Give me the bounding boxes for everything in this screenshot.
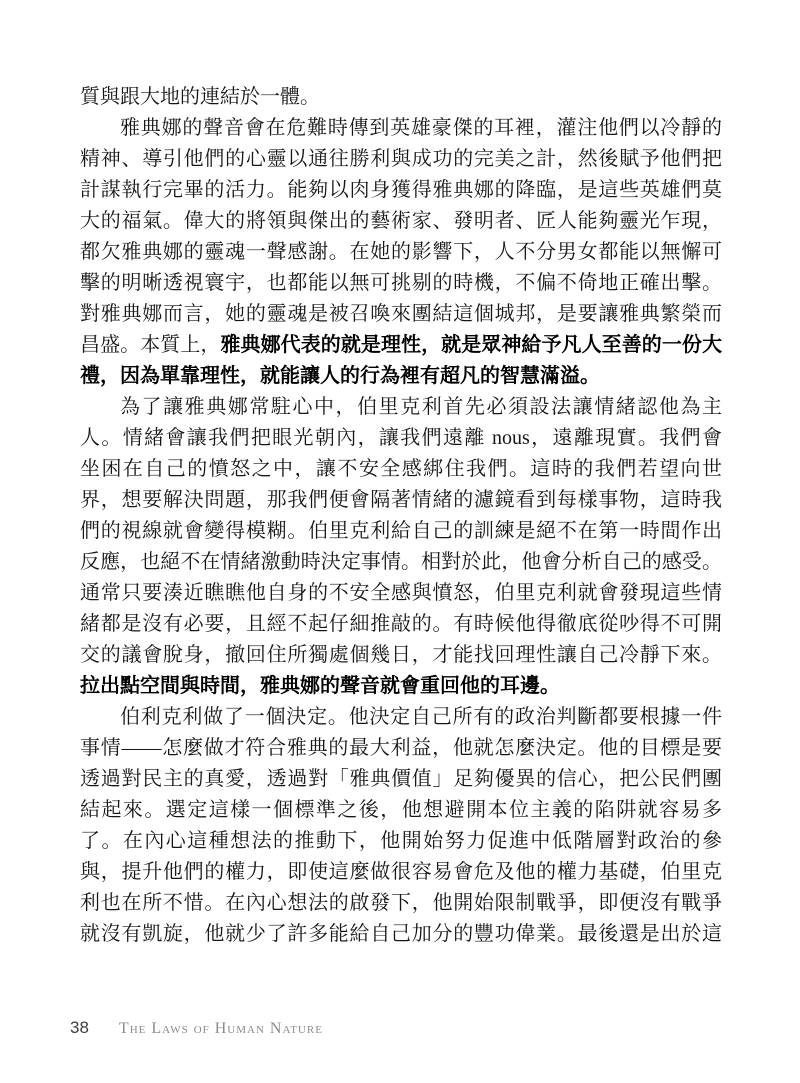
page-footer: 38 The Laws of Human Nature xyxy=(70,1018,323,1038)
text-line: 雅典娜的聲音會在危難時傳到英雄豪傑的耳裡，灌注他們以冷靜的 xyxy=(80,113,722,144)
body-text-segment: 事情——怎麼做才符合雅典的最大利益，他就怎麼決定。他的目標是要 xyxy=(80,737,722,759)
text-line: 昌盛。本質上，雅典娜代表的就是理性，就是眾神給予凡人至善的一份大 xyxy=(80,330,722,361)
body-text-segment: 精神、導引他們的心靈以通往勝利與成功的完美之計，然後賦予他們把 xyxy=(80,148,722,170)
text-line: 精神、導引他們的心靈以通往勝利與成功的完美之計，然後賦予他們把 xyxy=(80,144,722,175)
emphasis-text-segment: 拉出點空間與時間，雅典娜的聲音就會重回他的耳邊。 xyxy=(80,675,560,697)
text-line: 利也在所不惜。在內心想法的啟發下，他開始限制戰爭，即便沒有戰爭 xyxy=(80,888,722,919)
text-line: 們的視線就會變得模糊。伯里克利給自己的訓練是絕不在第一時間作出 xyxy=(80,516,722,547)
body-text-segment: 了。在內心這種想法的推動下，他開始努力促進中低階層對政治的參 xyxy=(80,830,722,852)
body-text-segment: 質與跟大地的連結於一體。 xyxy=(80,86,320,108)
body-text-segment: 伯利克利做了一個決定。他決定自己所有的政治判斷都要根據一件 xyxy=(120,706,722,728)
body-text-segment: 擊的明晰透視寰宇，也都能以無可挑剔的時機，不偏不倚地正確出擊。 xyxy=(80,272,722,294)
text-line: 就沒有凱旋，他就少了許多能給自己加分的豐功偉業。最後還是出於這 xyxy=(80,919,722,950)
book-page: 質與跟大地的連結於一體。雅典娜的聲音會在危難時傳到英雄豪傑的耳裡，灌注他們以冷靜… xyxy=(0,0,800,1083)
text-line: 界，想要解決問題，那我們便會隔著情緒的濾鏡看到每樣事物，這時我 xyxy=(80,485,722,516)
body-text-segment: 人。情緒會讓我們把眼光朝內，讓我們遠離 nous，遠離現實。我們會 xyxy=(80,427,722,449)
body-text: 質與跟大地的連結於一體。雅典娜的聲音會在危難時傳到英雄豪傑的耳裡，灌注他們以冷靜… xyxy=(80,82,722,950)
body-text-segment: 利也在所不惜。在內心想法的啟發下，他開始限制戰爭，即便沒有戰爭 xyxy=(80,892,722,914)
text-line: 透過對民主的真愛，透過對「雅典價值」足夠優異的信心，把公民們團 xyxy=(80,764,722,795)
body-text-segment: 緒都是沒有必要，且經不起仔細推敲的。有時候他得徹底從吵得不可開 xyxy=(80,613,722,635)
emphasis-text-segment: 雅典娜代表的就是理性，就是眾神給予凡人至善的一份大 xyxy=(220,334,722,356)
text-line: 通常只要湊近瞧瞧他自身的不安全感與憤怒，伯里克利就會發現這些情 xyxy=(80,578,722,609)
page-number: 38 xyxy=(70,1018,89,1038)
body-text-segment: 坐困在自己的憤怒之中，讓不安全感綁住我們。這時的我們若望向世 xyxy=(80,458,722,480)
text-line: 與，提升他們的權力，即使這麼做很容易會危及他的權力基礎，伯里克 xyxy=(80,857,722,888)
body-text-segment: 結起來。選定這樣一個標準之後，他想避開本位主義的陷阱就容易多 xyxy=(80,799,722,821)
text-line: 緒都是沒有必要，且經不起仔細推敲的。有時候他得徹底從吵得不可開 xyxy=(80,609,722,640)
text-line: 了。在內心這種想法的推動下，他開始努力促進中低階層對政治的參 xyxy=(80,826,722,857)
text-line: 拉出點空間與時間，雅典娜的聲音就會重回他的耳邊。 xyxy=(80,671,722,702)
text-line: 計謀執行完畢的活力。能夠以肉身獲得雅典娜的降臨，是這些英雄們莫 xyxy=(80,175,722,206)
text-line: 大的福氣。偉大的將領與傑出的藝術家、發明者、匠人能夠靈光乍現， xyxy=(80,206,722,237)
body-text-segment: 與，提升他們的權力，即使這麼做很容易會危及他的權力基礎，伯里克 xyxy=(80,861,722,883)
body-text-segment: 界，想要解決問題，那我們便會隔著情緒的濾鏡看到每樣事物，這時我 xyxy=(80,489,722,511)
body-text-segment: 計謀執行完畢的活力。能夠以肉身獲得雅典娜的降臨，是這些英雄們莫 xyxy=(80,179,722,201)
text-line: 為了讓雅典娜常駐心中，伯里克利首先必須設法讓情緒認他為主 xyxy=(80,392,722,423)
body-text-segment: 大的福氣。偉大的將領與傑出的藝術家、發明者、匠人能夠靈光乍現， xyxy=(80,210,722,232)
text-line: 事情——怎麼做才符合雅典的最大利益，他就怎麼決定。他的目標是要 xyxy=(80,733,722,764)
body-text-segment: 對雅典娜而言，她的靈魂是被召喚來團結這個城邦，是要讓雅典繁榮而 xyxy=(80,303,722,325)
text-line: 對雅典娜而言，她的靈魂是被召喚來團結這個城邦，是要讓雅典繁榮而 xyxy=(80,299,722,330)
body-text-segment: 都欠雅典娜的靈魂一聲感謝。在她的影響下，人不分男女都能以無懈可 xyxy=(80,241,722,263)
text-line: 結起來。選定這樣一個標準之後，他想避開本位主義的陷阱就容易多 xyxy=(80,795,722,826)
body-text-segment: 雅典娜的聲音會在危難時傳到英雄豪傑的耳裡，灌注他們以冷靜的 xyxy=(120,117,722,139)
text-line: 禮，因為單靠理性，就能讓人的行為裡有超凡的智慧滿溢。 xyxy=(80,361,722,392)
emphasis-text-segment: 禮，因為單靠理性，就能讓人的行為裡有超凡的智慧滿溢。 xyxy=(80,365,600,387)
running-book-title: The Laws of Human Nature xyxy=(119,1020,323,1038)
text-line: 反應，也絕不在情緒激動時決定事情。相對於此，他會分析自己的感受。 xyxy=(80,547,722,578)
body-text-segment: 們的視線就會變得模糊。伯里克利給自己的訓練是絕不在第一時間作出 xyxy=(80,520,722,542)
body-text-segment: 為了讓雅典娜常駐心中，伯里克利首先必須設法讓情緒認他為主 xyxy=(120,396,722,418)
text-line: 坐困在自己的憤怒之中，讓不安全感綁住我們。這時的我們若望向世 xyxy=(80,454,722,485)
text-line: 都欠雅典娜的靈魂一聲感謝。在她的影響下，人不分男女都能以無懈可 xyxy=(80,237,722,268)
text-line: 擊的明晰透視寰宇，也都能以無可挑剔的時機，不偏不倚地正確出擊。 xyxy=(80,268,722,299)
body-text-segment: 就沒有凱旋，他就少了許多能給自己加分的豐功偉業。最後還是出於這 xyxy=(80,923,722,945)
body-text-segment: 通常只要湊近瞧瞧他自身的不安全感與憤怒，伯里克利就會發現這些情 xyxy=(80,582,722,604)
body-text-segment: 交的議會脫身，撤回住所獨處個幾日，才能找回理性讓自己冷靜下來。 xyxy=(80,644,722,666)
body-text-segment: 反應，也絕不在情緒激動時決定事情。相對於此，他會分析自己的感受。 xyxy=(80,551,722,573)
text-line: 質與跟大地的連結於一體。 xyxy=(80,82,722,113)
text-line: 交的議會脫身，撤回住所獨處個幾日，才能找回理性讓自己冷靜下來。 xyxy=(80,640,722,671)
text-line: 伯利克利做了一個決定。他決定自己所有的政治判斷都要根據一件 xyxy=(80,702,722,733)
text-line: 人。情緒會讓我們把眼光朝內，讓我們遠離 nous，遠離現實。我們會 xyxy=(80,423,722,454)
body-text-segment: 透過對民主的真愛，透過對「雅典價值」足夠優異的信心，把公民們團 xyxy=(80,768,722,790)
body-text-segment: 昌盛。本質上， xyxy=(80,334,220,356)
